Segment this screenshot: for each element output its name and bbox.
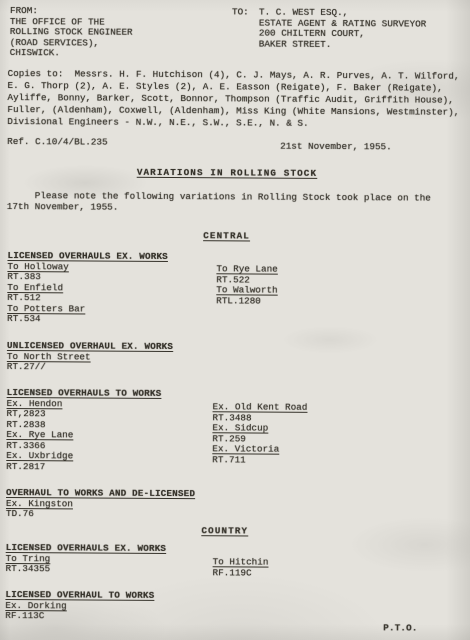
garage-line: Ex. Kingston	[6, 498, 195, 510]
to-line: BAKER STREET.	[259, 39, 426, 51]
fleet-number-line: RT.34355	[6, 564, 166, 575]
fleet-number-line: RT.27//	[7, 362, 173, 374]
document-title: VARIATIONS IN ROLLING STOCK	[0, 167, 455, 180]
to-label: TO:	[232, 7, 249, 18]
group-overhaul-delicensed: OVERHAUL TO WORKS AND DE-LICENSED Ex. Ki…	[6, 488, 195, 521]
document-date: 21st November, 1955.	[280, 142, 392, 153]
to-block: T. C. WEST ESQ., ESTATE AGENT & RATING S…	[259, 8, 427, 51]
pto-note: P.T.O.	[383, 623, 417, 634]
group-licensed-ex-works-central-right: To Rye Lane RT.522 To Walworth RTL.1280	[216, 264, 278, 306]
section-heading-country: COUNTRY	[0, 525, 453, 538]
fleet-number-line: RF.119C	[213, 568, 269, 579]
fleet-number-line: RT.2817	[6, 461, 161, 472]
group-licensed-to-works: LICENSED OVERHAULS TO WORKS Ex. Hendon R…	[6, 388, 161, 473]
copies-paragraph: Copies to: Messrs. H. F. Hutchison (4), …	[7, 68, 465, 131]
fleet-number-line: RT.711	[212, 455, 307, 466]
document-page: FROM: THE OFFICE OF THE ROLLING STOCK EN…	[0, 0, 470, 640]
fleet-number-line: RT.534	[7, 314, 167, 325]
group-licensed-to-works-country: LICENSED OVERHAUL TO WORKS Ex. Dorking R…	[5, 590, 154, 622]
from-block: FROM: THE OFFICE OF THE ROLLING STOCK EN…	[10, 6, 133, 59]
group-licensed-to-works-right: Ex. Old Kent Road RT.3488 Ex. Sidcup RT.…	[212, 402, 307, 466]
fleet-number-line: RF.113C	[5, 611, 154, 622]
reference-number: Ref. C.10/4/BL.235	[7, 137, 107, 148]
intro-paragraph: Please note the following variations in …	[7, 191, 431, 215]
group-licensed-ex-works-country: LICENSED OVERHAULS EX. WORKS To Tring RT…	[6, 543, 167, 575]
section-heading-central: CENTRAL	[0, 230, 455, 243]
fleet-number-line: TD.76	[6, 509, 195, 521]
document-title-text: VARIATIONS IN ROLLING STOCK	[137, 167, 317, 179]
group-unlicensed-ex-works: UNLICENSED OVERHAUL EX. WORKS To North S…	[7, 341, 173, 374]
scanned-memo: FROM: THE OFFICE OF THE ROLLING STOCK EN…	[0, 0, 470, 640]
group-licensed-ex-works-country-right: To Hitchin RF.119C	[213, 557, 269, 578]
fleet-number-line: RTL.1280	[216, 296, 277, 307]
group-licensed-ex-works-central: LICENSED OVERHAULS EX. WORKS To Holloway…	[7, 251, 168, 325]
from-line: CHISWICK.	[10, 48, 133, 59]
